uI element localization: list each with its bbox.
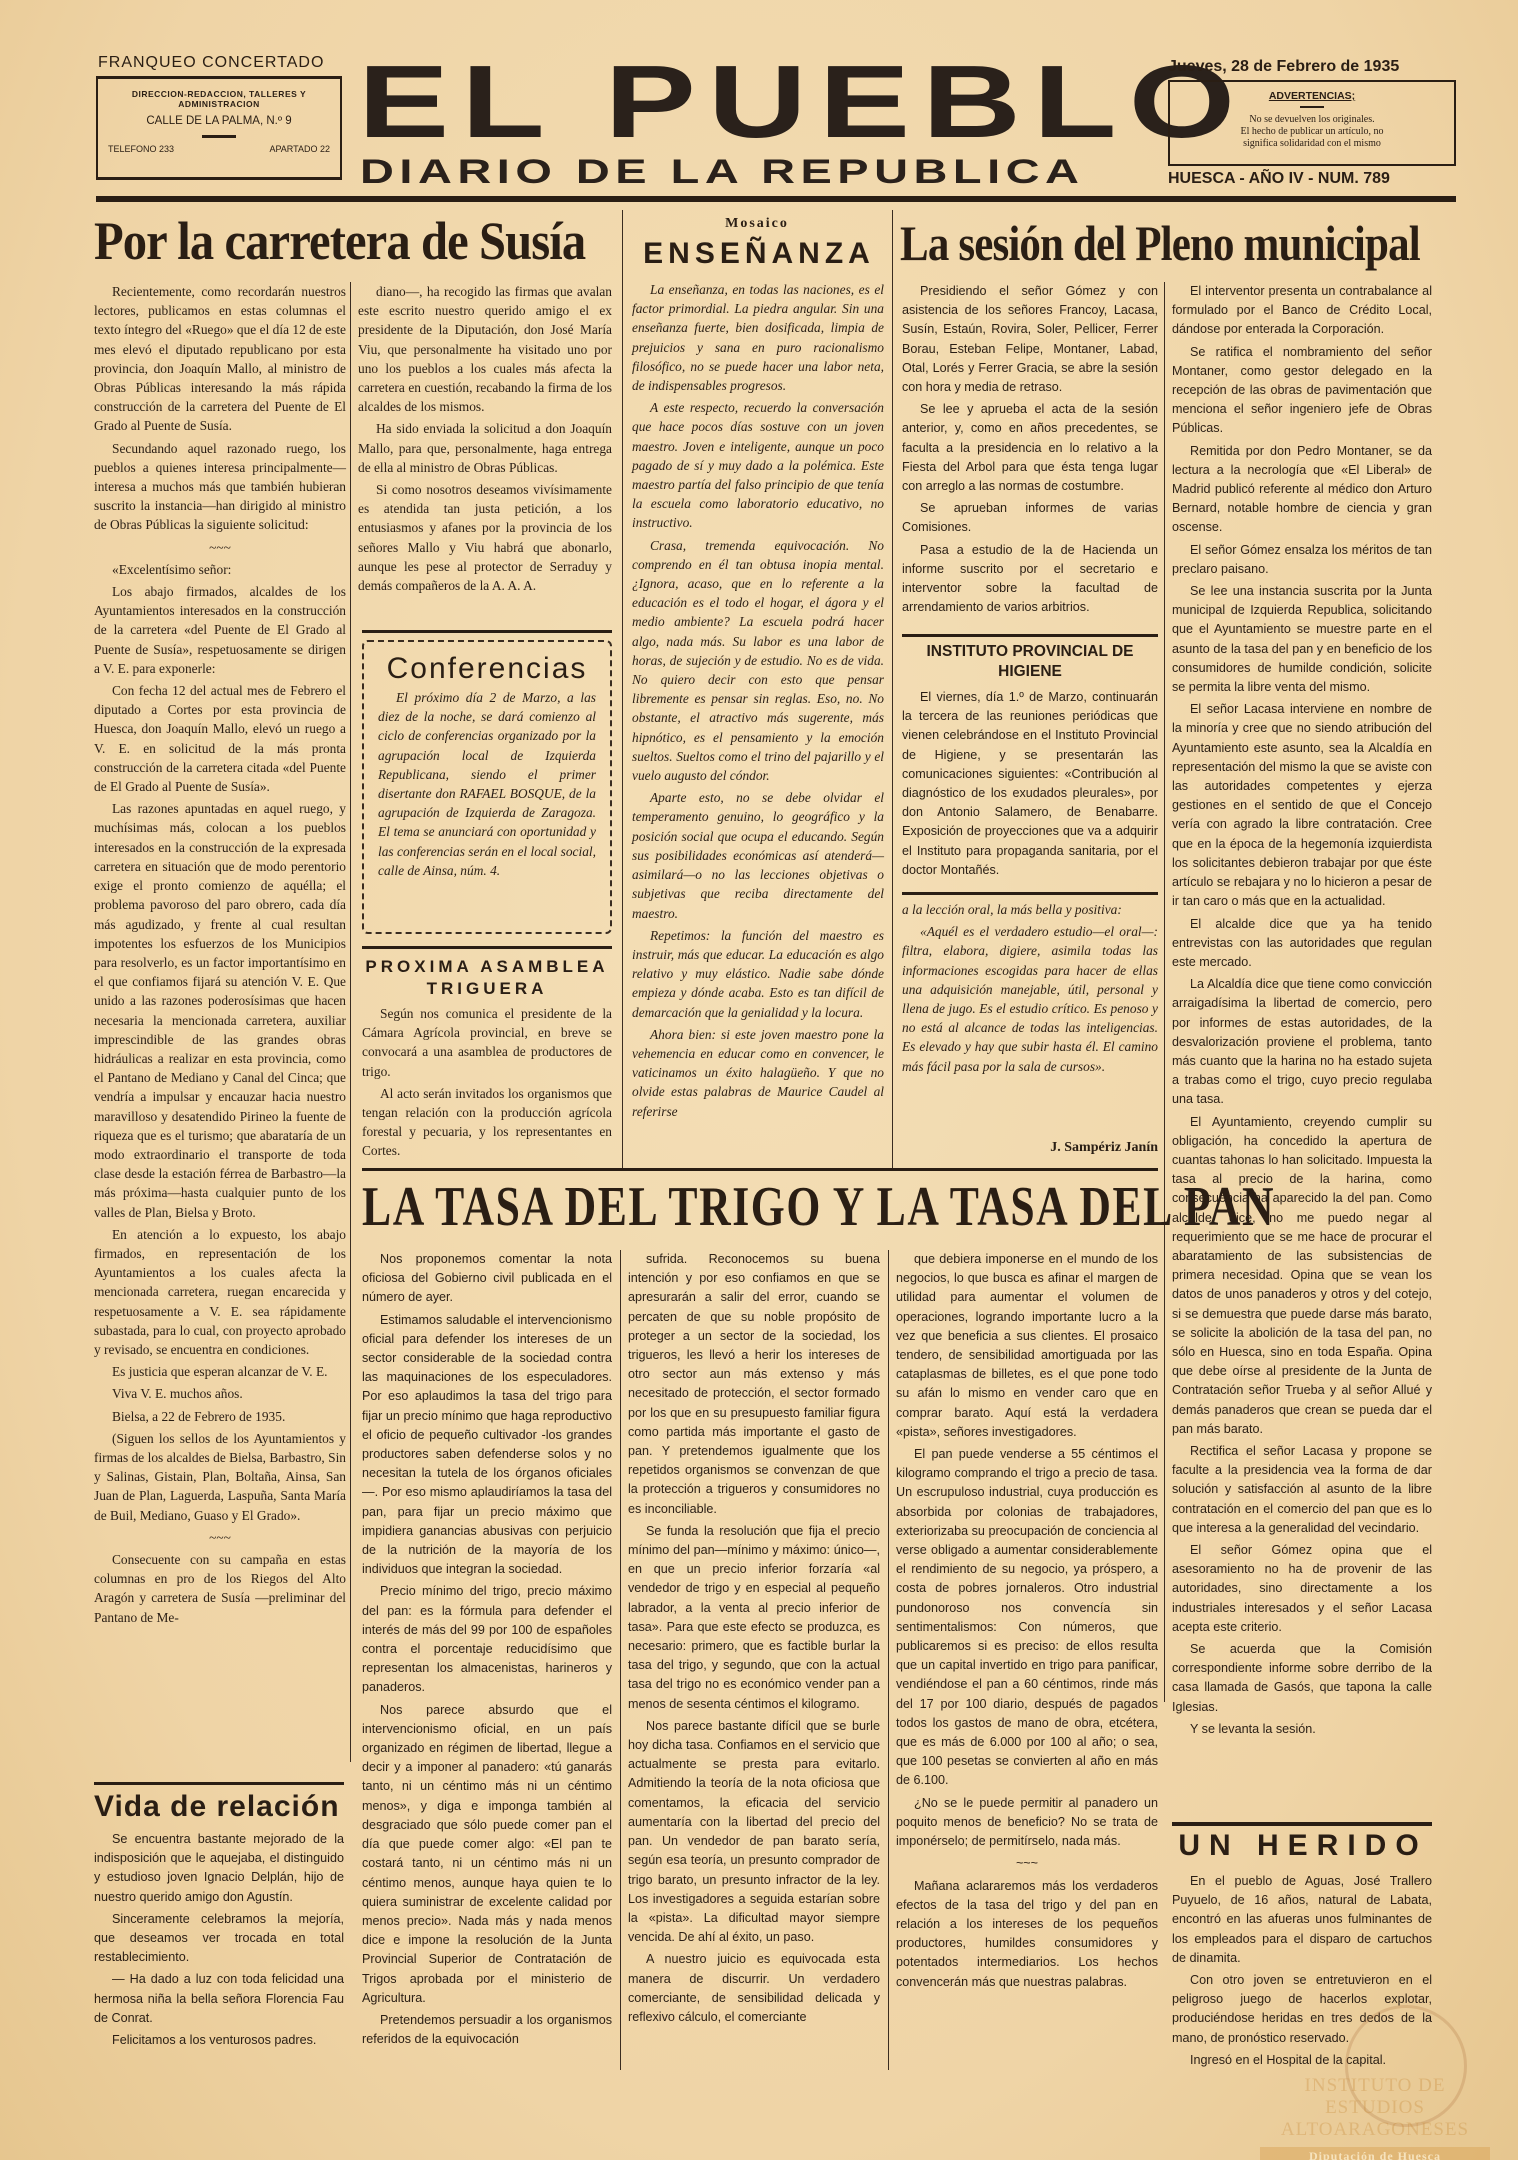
section-rule — [902, 892, 1158, 895]
paragraph: Ha sido enviada la solicitud a don Joaqu… — [358, 419, 612, 477]
issue-date: Jueves, 28 de Febrero de 1935 — [1168, 58, 1399, 76]
section-rule — [94, 1782, 344, 1785]
paragraph: Es justicia que esperan alcanzar de V. E… — [94, 1362, 346, 1381]
paragraph: «Excelentísimo señor: — [94, 560, 346, 579]
paragraph: El señor Gómez opina que el asesoramient… — [1172, 1541, 1432, 1637]
notice-line: No se devuelven los originales. — [1170, 114, 1454, 126]
paragraph: Al acto serán invitados los organismos q… — [362, 1084, 612, 1161]
notice-line: El hecho de publicar un artículo, no — [1170, 126, 1454, 138]
paragraph: El viernes, día 1.º de Marzo, continuará… — [902, 688, 1158, 880]
paragraph: (Siguen los sellos de los Ayuntamientos … — [94, 1429, 346, 1525]
paragraph: Presidiendo el señor Gómez y con asisten… — [902, 282, 1158, 397]
paragraph: a la lección oral, la más bella y positi… — [902, 900, 1158, 919]
paragraph: En el pueblo de Aguas, José Trallero Puy… — [1172, 1872, 1432, 1968]
paragraph: Se acuerda que la Comisión correspondien… — [1172, 1640, 1432, 1717]
conferencias-box: Conferencias El próximo día 2 de Marzo, … — [362, 640, 612, 934]
column-rule — [350, 282, 351, 1762]
paragraph: Consecuente con su campaña en estas colu… — [94, 1550, 346, 1627]
column-rule — [1164, 282, 1165, 1702]
phone: TELEFONO 233 — [108, 144, 174, 154]
paragraph: El pan puede venderse a 55 céntimos el k… — [896, 1445, 1158, 1791]
vida-title: Vida de relación — [94, 1788, 340, 1826]
paragraph: Las razones apuntadas en aquel ruego, y … — [94, 799, 346, 1221]
paragraph: — Ha dado a luz con toda felicidad una h… — [94, 1970, 344, 2028]
franqueo-label: FRANQUEO CONCERTADO — [98, 54, 324, 72]
notice-title: ADVERTENCIAS; — [1170, 90, 1454, 102]
divider — [1300, 106, 1324, 108]
address-line: DIRECCION-REDACCION, TALLERES Y ADMINIST… — [98, 89, 340, 109]
paragraph: Se lee y aprueba el acta de la sesión an… — [902, 400, 1158, 496]
newspaper-title: EL PUEBLO — [358, 56, 1247, 148]
herido-title: UN HERIDO — [1172, 1828, 1434, 1864]
higiene-title: INSTITUTO PROVINCIAL DE HIGIENE — [902, 642, 1158, 682]
vida-body: Se encuentra bastante mejorado de la ind… — [94, 1830, 344, 2053]
pleno-col2: El interventor presenta un contrabalance… — [1172, 282, 1432, 1742]
paragraph: Precio mínimo del trigo, precio máximo d… — [362, 1582, 612, 1697]
paragraph: La Alcaldía dice que tiene como convicci… — [1172, 975, 1432, 1109]
ensenanza-title: ENSEÑANZA — [632, 236, 886, 272]
address-street: CALLE DE LA PALMA, N.º 9 — [98, 115, 340, 127]
paragraph: El señor Gómez ensalza los méritos de ta… — [1172, 541, 1432, 579]
paragraph: A este respecto, recuerdo la conversació… — [632, 398, 884, 532]
paragraph: Se encuentra bastante mejorado de la ind… — [94, 1830, 344, 1907]
paragraph: Pretendemos persuadir a los organismos r… — [362, 2011, 612, 2049]
pleno-col1: Presidiendo el señor Gómez y con asisten… — [902, 282, 1158, 620]
ornament: ~~~ — [896, 1854, 1158, 1873]
paragraph: Los abajo firmados, alcaldes de los Ayun… — [94, 582, 346, 678]
paragraph: Se ratifica el nombramiento del señor Mo… — [1172, 343, 1432, 439]
paragraph: Recientemente, como recordarán nuestros … — [94, 282, 346, 436]
newspaper-page: FRANQUEO CONCERTADO DIRECCION-REDACCION,… — [0, 0, 1518, 2160]
paragraph: Pasa a estudio de la de Hacienda un info… — [902, 541, 1158, 618]
paragraph: Bielsa, a 22 de Febrero de 1935. — [94, 1407, 346, 1426]
section-rule — [1172, 1822, 1432, 1826]
paragraph: A nuestro juicio es equivocada esta mane… — [628, 1950, 880, 2027]
asamblea-title: PROXIMA ASAMBLEA TRIGUERA — [362, 956, 612, 1000]
susia-col2: diano—, ha recogido las firmas que avala… — [358, 282, 612, 598]
paragraph: La enseñanza, en todas las naciones, es … — [632, 280, 884, 395]
tasa-col2: sufrida. Reconocemos su buena intención … — [628, 1250, 880, 2030]
watermark-badge: Diputación de Huesca — [1260, 2147, 1490, 2160]
headline-tasa: LA TASA DEL TRIGO Y LA TASA DEL PAN — [362, 1174, 1275, 1240]
paragraph: Rectifica el señor Lacasa y propone se f… — [1172, 1442, 1432, 1538]
paragraph: Aparte esto, no se debe olvidar el tempe… — [632, 788, 884, 922]
paragraph: ¿No se le puede permitir al panadero un … — [896, 1794, 1158, 1852]
archive-watermark: INSTITUTO DE ESTUDIOS ALTOARAGONESES Dip… — [1260, 2075, 1490, 2160]
ornament: ~~~ — [94, 1528, 346, 1547]
paragraph: Nos proponemos comentar la nota oficiosa… — [362, 1250, 612, 1308]
asamblea-body: Según nos comunica el presidente de la C… — [362, 1004, 612, 1164]
pobox: APARTADO 22 — [269, 144, 330, 154]
paragraph: Secundando aquel razonado ruego, los pue… — [94, 439, 346, 535]
paragraph: Ahora bien: si este joven maestro pone l… — [632, 1025, 884, 1121]
section-rule — [362, 630, 612, 633]
watermark-line: ALTOARAGONESES — [1260, 2119, 1490, 2141]
watermark-line: INSTITUTO DE ESTUDIOS — [1260, 2075, 1490, 2119]
tasa-col3: que debiera imponerse en el mundo de los… — [896, 1250, 1158, 1995]
paragraph: Si como nosotros deseamos vivísimamente … — [358, 480, 612, 595]
paragraph: «Aquél es el verdadero estudio—el oral—:… — [902, 922, 1158, 1076]
paragraph: El interventor presenta un contrabalance… — [1172, 282, 1432, 340]
paragraph: Repetimos: la función del maestro es ins… — [632, 926, 884, 1022]
paragraph: que debiera imponerse en el mundo de los… — [896, 1250, 1158, 1442]
paragraph: Sinceramente celebramos la mejoría, que … — [94, 1910, 344, 1968]
paragraph: diano—, ha recogido las firmas que avala… — [358, 282, 612, 416]
paragraph: Viva V. E. muchos años. — [94, 1384, 346, 1403]
address-box: DIRECCION-REDACCION, TALLERES Y ADMINIST… — [96, 76, 342, 180]
column-rule — [892, 210, 893, 1170]
issue-number: HUESCA - AÑO IV - NUM. 789 — [1168, 170, 1390, 188]
paragraph: Y se levanta la sesión. — [1172, 1720, 1432, 1739]
paragraph: Felicitamos a los venturosos padres. — [94, 2031, 344, 2050]
conferencias-body: El próximo día 2 de Marzo, a las diez de… — [378, 688, 596, 880]
paragraph: Se funda la resolución que fija el preci… — [628, 1522, 880, 1714]
divider — [202, 135, 236, 138]
paragraph: El Ayuntamiento, creyendo cumplir su obl… — [1172, 1113, 1432, 1439]
newspaper-subtitle: DIARIO DE LA REPUBLICA — [360, 155, 1084, 189]
paragraph: Mañana aclararemos más los verdaderos ef… — [896, 1877, 1158, 1992]
notice-box: ADVERTENCIAS; No se devuelven los origin… — [1168, 80, 1456, 166]
paragraph: El señor Lacasa interviene en nombre de … — [1172, 700, 1432, 911]
masthead-rule — [96, 196, 1456, 202]
section-rule — [362, 946, 612, 949]
paragraph: Estimamos saludable el intervencionismo … — [362, 1311, 612, 1580]
paragraph: Con fecha 12 del actual mes de Febrero e… — [94, 681, 346, 796]
paragraph: Crasa, tremenda equivocación. No compren… — [632, 536, 884, 786]
column-rule — [888, 1250, 889, 2070]
ensenanza-kicker: Mosaico — [632, 216, 882, 232]
paragraph: Remitida por don Pedro Montaner, se da l… — [1172, 442, 1432, 538]
ornament: ~~~ — [94, 538, 346, 557]
notice-line: significa solidaridad con el mismo — [1170, 138, 1454, 150]
paragraph: Se aprueban informes de varias Comisione… — [902, 499, 1158, 537]
paragraph: Se lee una instancia suscrita por la Jun… — [1172, 582, 1432, 697]
paragraph: sufrida. Reconocemos su buena intención … — [628, 1250, 880, 1519]
ensenanza-body: La enseñanza, en todas las naciones, es … — [632, 280, 884, 1124]
tasa-col1: Nos proponemos comentar la nota oficiosa… — [362, 1250, 612, 2052]
conferencias-title: Conferencias — [378, 650, 596, 688]
section-rule — [902, 634, 1158, 637]
paragraph: Nos parece bastante difícil que se burle… — [628, 1717, 880, 1947]
susia-col1: Recientemente, como recordarán nuestros … — [94, 282, 346, 1630]
paragraph: Nos parece absurdo que el intervencionis… — [362, 1701, 612, 2008]
ensenanza-author: J. Sampériz Janín — [990, 1140, 1158, 1156]
headline-susia: Por la carretera de Susía — [94, 210, 585, 272]
paragraph: Según nos comunica el presidente de la C… — [362, 1004, 612, 1081]
higiene-body: El viernes, día 1.º de Marzo, continuará… — [902, 688, 1158, 883]
headline-pleno: La sesión del Pleno municipal — [900, 214, 1420, 272]
column-rule — [622, 210, 623, 1170]
paragraph: El alcalde dice que ya ha tenido entrevi… — [1172, 915, 1432, 973]
section-rule — [362, 1168, 1158, 1171]
paragraph: En atención a lo expuesto, los abajo fir… — [94, 1225, 346, 1359]
column-rule — [620, 1250, 621, 2070]
ensenanza-continuation: a la lección oral, la más bella y positi… — [902, 900, 1158, 1079]
